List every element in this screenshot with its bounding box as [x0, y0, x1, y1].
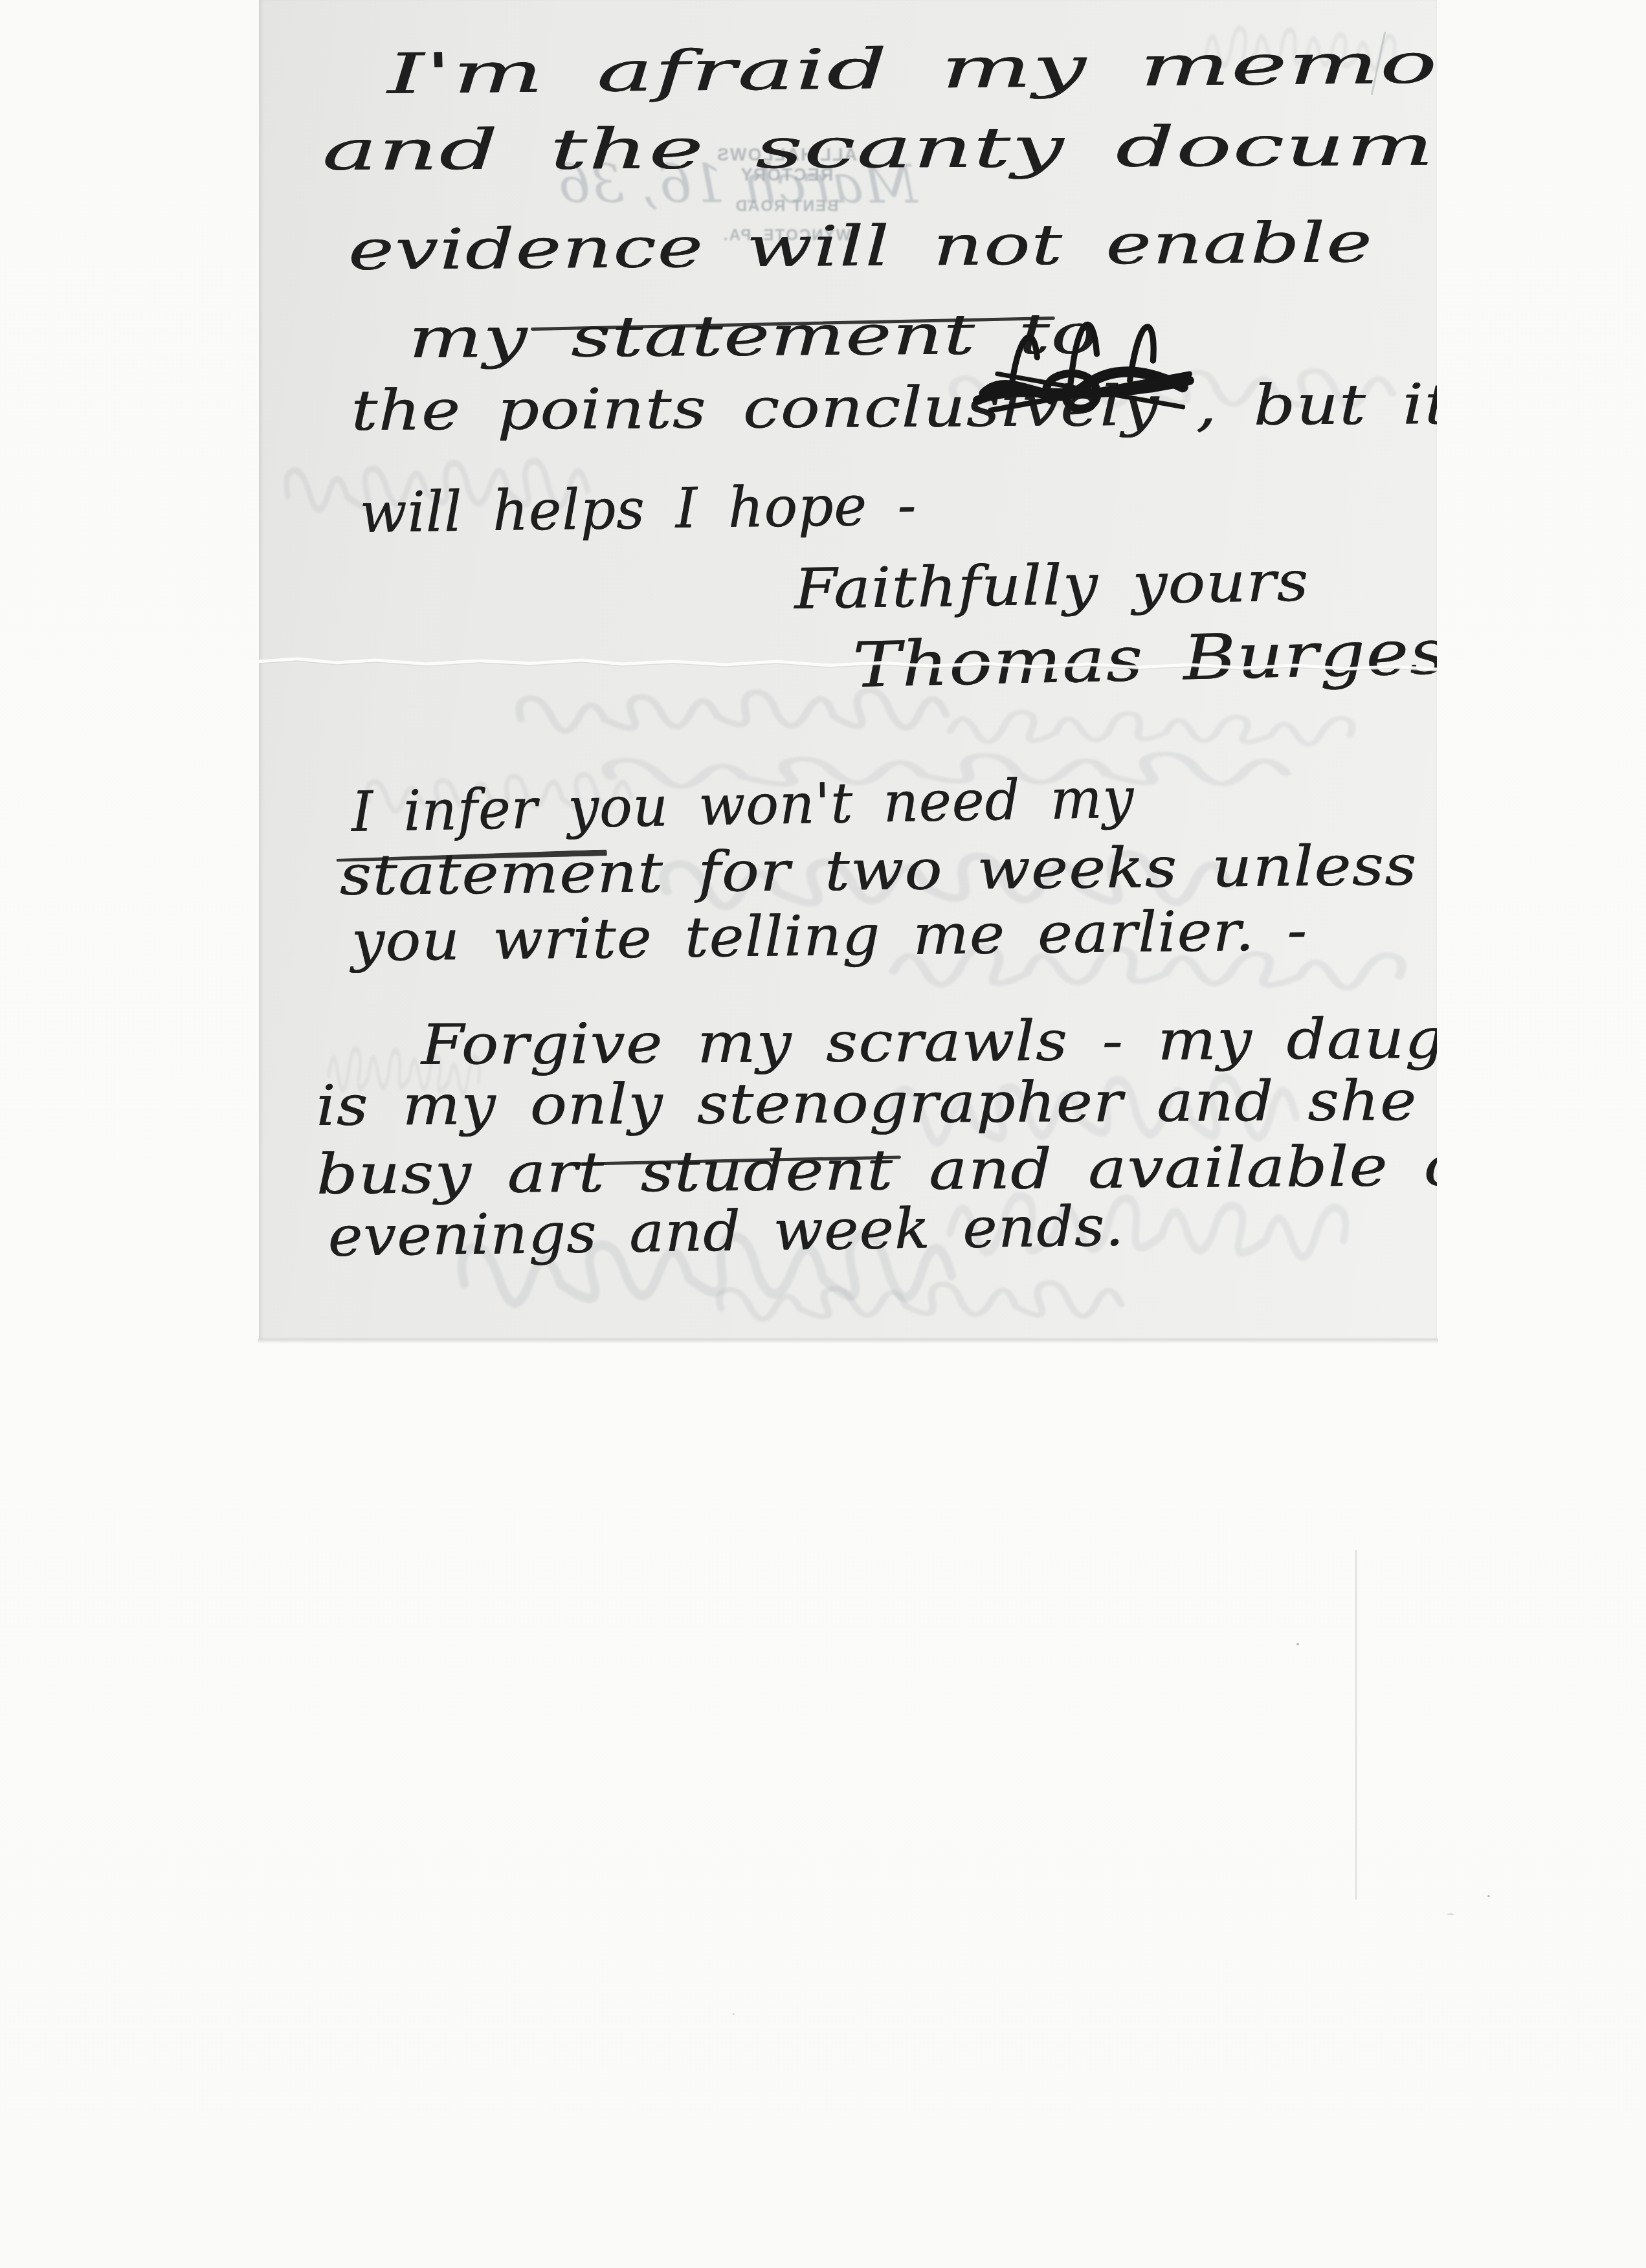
letter-sheet: ALL HALLOWS RECTORY BENT ROAD WYNCOTE, P… — [259, 0, 1437, 1339]
scan-hairline-artifact — [1355, 1550, 1357, 1900]
fold-crease — [259, 647, 1437, 686]
dust-speck — [1487, 1895, 1490, 1897]
handwriting-line: the points conclusively , but it — [351, 377, 1437, 439]
handwriting-line: busy art student and available only — [316, 1137, 1437, 1203]
handwriting-line: statement for two weeks unless — [339, 838, 1418, 904]
ink-scribble-blot — [971, 293, 1196, 422]
dust-speck — [733, 2013, 735, 2015]
handwriting-line: I infer you won't need my — [351, 770, 1135, 840]
dust-speck — [1296, 1643, 1299, 1645]
handwriting-line: will helps I hope - — [359, 478, 917, 541]
handwriting-line: you write telling me earlier. - — [351, 903, 1307, 970]
scanned-letter-page: ALL HALLOWS RECTORY BENT ROAD WYNCOTE, P… — [0, 0, 1646, 2268]
dust-speck — [1447, 1913, 1454, 1915]
closing-line: Faithfully yours — [794, 553, 1309, 617]
handwriting-line: and the scanty documentary — [322, 117, 1437, 179]
handwriting-line: evidence will not enable — [348, 215, 1373, 278]
handwriting-line: I'm afraid my memory — [386, 35, 1437, 102]
handwriting-line: evenings and week ends. — [328, 1199, 1124, 1265]
handwriting-line: Forgive my scrawls - my daughter — [421, 1010, 1437, 1073]
ghost-handwriting — [712, 1272, 1126, 1330]
sheet-edge-shadow — [258, 1339, 1438, 1344]
handwriting-line: is my only stenographer and she is a — [316, 1073, 1437, 1134]
